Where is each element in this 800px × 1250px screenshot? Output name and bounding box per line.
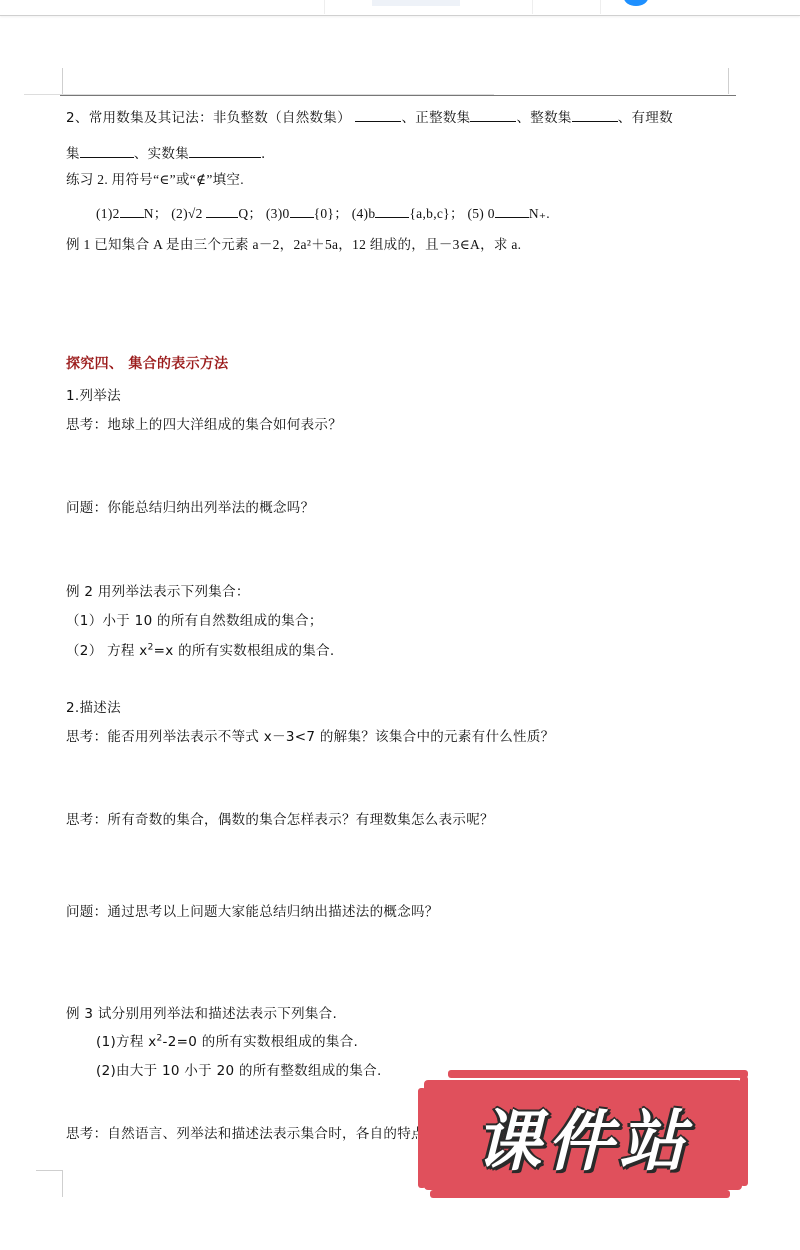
app-toolbar <box>0 0 800 16</box>
toolbar-field[interactable] <box>372 0 460 6</box>
stamp-edge <box>430 1190 730 1198</box>
text: (1)2 <box>96 206 120 221</box>
answer-blank[interactable] <box>120 205 144 218</box>
answer-blank[interactable] <box>375 205 409 218</box>
think2: 思考：能否用列举法表示不等式 x－3<7 的解集？该集合中的元素有什么性质？ <box>66 725 554 745</box>
page-corner-mark <box>36 1170 63 1197</box>
example2-item2: （2） 方程 x2=x 的所有实数根组成的集合. <box>66 639 334 659</box>
text: 、实数集 <box>134 146 189 162</box>
text: （2） 方程 x <box>66 643 148 659</box>
text: =x 的所有实数根组成的集合. <box>154 643 335 659</box>
toolbar-divider <box>600 0 601 14</box>
stamp-edge <box>448 1070 748 1078</box>
page-corner-mark <box>728 68 729 94</box>
answer-blank[interactable] <box>572 109 618 122</box>
text: N； <box>144 206 168 221</box>
page-corner-mark <box>62 68 63 94</box>
text: (4)b <box>352 206 376 221</box>
example1: 例 1 已知集合 A 是由三个元素 a－2，2a²＋5a，12 组成的，且－3∈… <box>66 233 521 253</box>
example3-title: 例 3 试分别用列举法和描述法表示下列集合. <box>66 1002 337 1022</box>
text: (5) 0 <box>467 206 494 221</box>
common-sets-line2: 集、实数集. <box>66 142 266 162</box>
answer-blank[interactable] <box>290 205 314 218</box>
text: (2)√2 <box>171 206 202 221</box>
exercise2-items: (1)2N； (2)√2 Q； (3)0{0}； (4)b{a,b,c}； (5… <box>96 202 550 222</box>
text: N₊. <box>529 206 550 221</box>
toolbar-divider <box>532 0 533 14</box>
text: {a,b,c}； <box>409 206 463 221</box>
answer-blank[interactable] <box>80 145 134 158</box>
question1: 问题：你能总结归纳出列举法的概念吗？ <box>66 496 314 516</box>
example3-item1: (1)方程 x2-2=0 的所有实数根组成的集合. <box>96 1030 358 1050</box>
text: . <box>261 146 266 162</box>
text: 、有理数 <box>618 110 673 126</box>
text: -2=0 的所有实数根组成的集合. <box>163 1034 359 1050</box>
text: 、整数集 <box>516 110 571 126</box>
text: Q； <box>238 206 262 221</box>
answer-blank[interactable] <box>206 205 238 218</box>
text: {0}； <box>314 206 348 221</box>
text: 集 <box>66 146 80 162</box>
text: (1)方程 x <box>96 1034 157 1050</box>
think1: 思考：地球上的四大洋组成的集合如何表示？ <box>66 413 342 433</box>
answer-blank[interactable] <box>189 145 261 158</box>
answer-blank[interactable] <box>495 205 529 218</box>
example3-item2: (2)由大于 10 小于 20 的所有整数组成的集合. <box>96 1059 382 1079</box>
question2: 问题：通过思考以上问题大家能总结归纳出描述法的概念吗？ <box>66 900 439 920</box>
example2-item1: （1）小于 10 的所有自然数组成的集合； <box>66 609 323 629</box>
answer-blank[interactable] <box>355 109 401 122</box>
method1-title: 1.列举法 <box>66 384 121 404</box>
text: (3)0 <box>266 206 290 221</box>
toolbar-divider <box>324 0 325 14</box>
example2-title: 例 2 用列举法表示下列集合： <box>66 580 250 600</box>
watermark-text: 课件站 <box>438 1088 728 1183</box>
text: 2、常用数集及其记法：非负整数（自然数集） <box>66 110 351 126</box>
user-avatar-icon[interactable] <box>624 0 648 6</box>
exercise2-title: 练习 2. 用符号“∈”或“∉”填空. <box>66 168 244 188</box>
header-rule <box>60 95 736 96</box>
think3: 思考：所有奇数的集合，偶数的集合怎样表示？有理数集怎么表示呢？ <box>66 808 494 828</box>
answer-blank[interactable] <box>470 109 516 122</box>
watermark-stamp: 课件站 <box>418 1064 748 1199</box>
section-heading: 探究四、 集合的表示方法 <box>66 353 228 373</box>
text: 、正整数集 <box>401 110 470 126</box>
method2-title: 2.描述法 <box>66 696 121 716</box>
common-sets-line1: 2、常用数集及其记法：非负整数（自然数集） 、正整数集、整数集、有理数 <box>66 106 673 126</box>
